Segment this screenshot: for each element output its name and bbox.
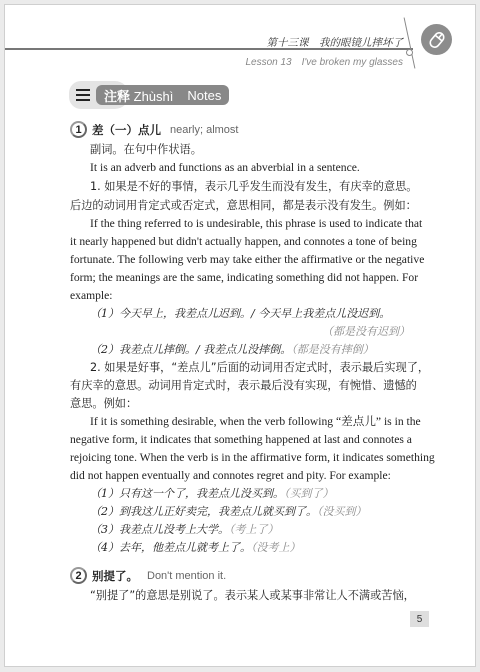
- note-2-heading: 2 别提了。 Don't mention it.: [70, 567, 226, 584]
- note-text: 副词。在句中作状语。: [70, 143, 410, 157]
- example-row: （3）我差点儿没考上大学。（考上了）: [70, 523, 410, 537]
- example-note: （都是没有摔倒）: [291, 343, 374, 356]
- example-note: （买到了）: [284, 487, 334, 500]
- example-sentence: （2）到我这儿正好卖完，我差点儿就买到了。: [90, 505, 317, 518]
- note-text: If it is something desirable, when the v…: [70, 415, 410, 429]
- example-note: （考上了）: [229, 523, 279, 536]
- note-text: “别提了”的意思是别说了。表示某人或某事非常让人不满或苦恼，: [70, 589, 410, 603]
- example-row: （2）我差点儿摔倒。/ 我差点儿没摔倒。（都是没有摔倒）: [70, 343, 410, 357]
- example-row: （4）去年，他差点儿就考上了。（没考上）: [70, 541, 410, 555]
- section-title-pill: 注释 Zhùshì Notes: [96, 85, 229, 105]
- example-row: （2）到我这儿正好卖完，我差点儿就买到了。（没买到）: [70, 505, 410, 519]
- note-text: did not happen eventually and connotes r…: [70, 469, 410, 483]
- example-note: （都是没有迟到）: [70, 325, 410, 339]
- section-title-pinyin: Zhùshì: [134, 89, 174, 104]
- example-sentence: （1）今天早上，我差点儿迟到。/ 今天早上我差点儿没迟到。: [70, 307, 410, 321]
- note-text: fortunate. The following verb may take e…: [70, 253, 410, 267]
- note-text: 意思。例如：: [70, 397, 410, 411]
- header-dot: [406, 49, 413, 56]
- note-title-en: Don't mention it.: [147, 570, 226, 582]
- note-title-en: nearly; almost: [170, 124, 238, 136]
- note-text: It is an adverb and functions as an abve…: [70, 161, 410, 175]
- example-sentence: （4）去年，他差点儿就考上了。: [90, 541, 251, 554]
- section-banner-notes: 注释 Zhùshì Notes: [69, 81, 229, 109]
- note-text: rejoicing tone. When the verb is in the …: [70, 451, 410, 465]
- note-text: If the thing referred to is undesirable,…: [70, 217, 410, 231]
- note-text: form; the meanings are the same, indicat…: [70, 271, 410, 285]
- note-title-cn: 别提了。: [92, 568, 138, 584]
- note-text: example:: [70, 289, 410, 303]
- note-number-badge: 1: [70, 121, 87, 138]
- note-text: it nearly happened but didn't actually h…: [70, 235, 410, 249]
- lesson-title-cn: 第十三课 我的眼镜儿摔坏了: [267, 35, 404, 50]
- menu-icon: [76, 89, 90, 101]
- example-row: （1）只有这一个了，我差点儿没买到。（买到了）: [70, 487, 410, 501]
- example-sentence: （3）我差点儿没考上大学。: [90, 523, 229, 536]
- example-note: （没买到）: [317, 505, 367, 518]
- example-note: （没考上）: [251, 541, 301, 554]
- example-sentence: （2）我差点儿摔倒。/ 我差点儿没摔倒。: [90, 343, 291, 356]
- lesson-title-en: Lesson 13 I've broken my glasses: [245, 53, 403, 68]
- note-text: 1. 如果是不好的事情，表示几乎发生而没有发生，有庆幸的意思。: [70, 180, 410, 194]
- note-text: 后边的动词用肯定式或否定式，意思相同，都是表示没有发生。例如：: [70, 199, 410, 213]
- note-text: negative form, it indicates that somethi…: [70, 433, 410, 447]
- mouse-icon: [421, 24, 452, 55]
- page-number: 5: [410, 611, 429, 627]
- note-1-heading: 1 差（一）点儿 nearly; almost: [70, 121, 238, 138]
- note-number-badge: 2: [70, 567, 87, 584]
- example-sentence: （1）只有这一个了，我差点儿没买到。: [90, 487, 284, 500]
- note-title-cn: 差（一）点儿: [92, 122, 161, 138]
- header-divider: [404, 17, 416, 68]
- section-title-cn: 注释: [104, 90, 130, 105]
- section-title-en: Notes: [187, 88, 221, 103]
- note-text: 有庆幸的意思。动词用肯定式时，表示最后没有实现，有惋惜、遗憾的: [70, 379, 410, 393]
- note-text: 2. 如果是好事，“差点儿”后面的动词用否定式时，表示最后实现了，: [70, 361, 410, 375]
